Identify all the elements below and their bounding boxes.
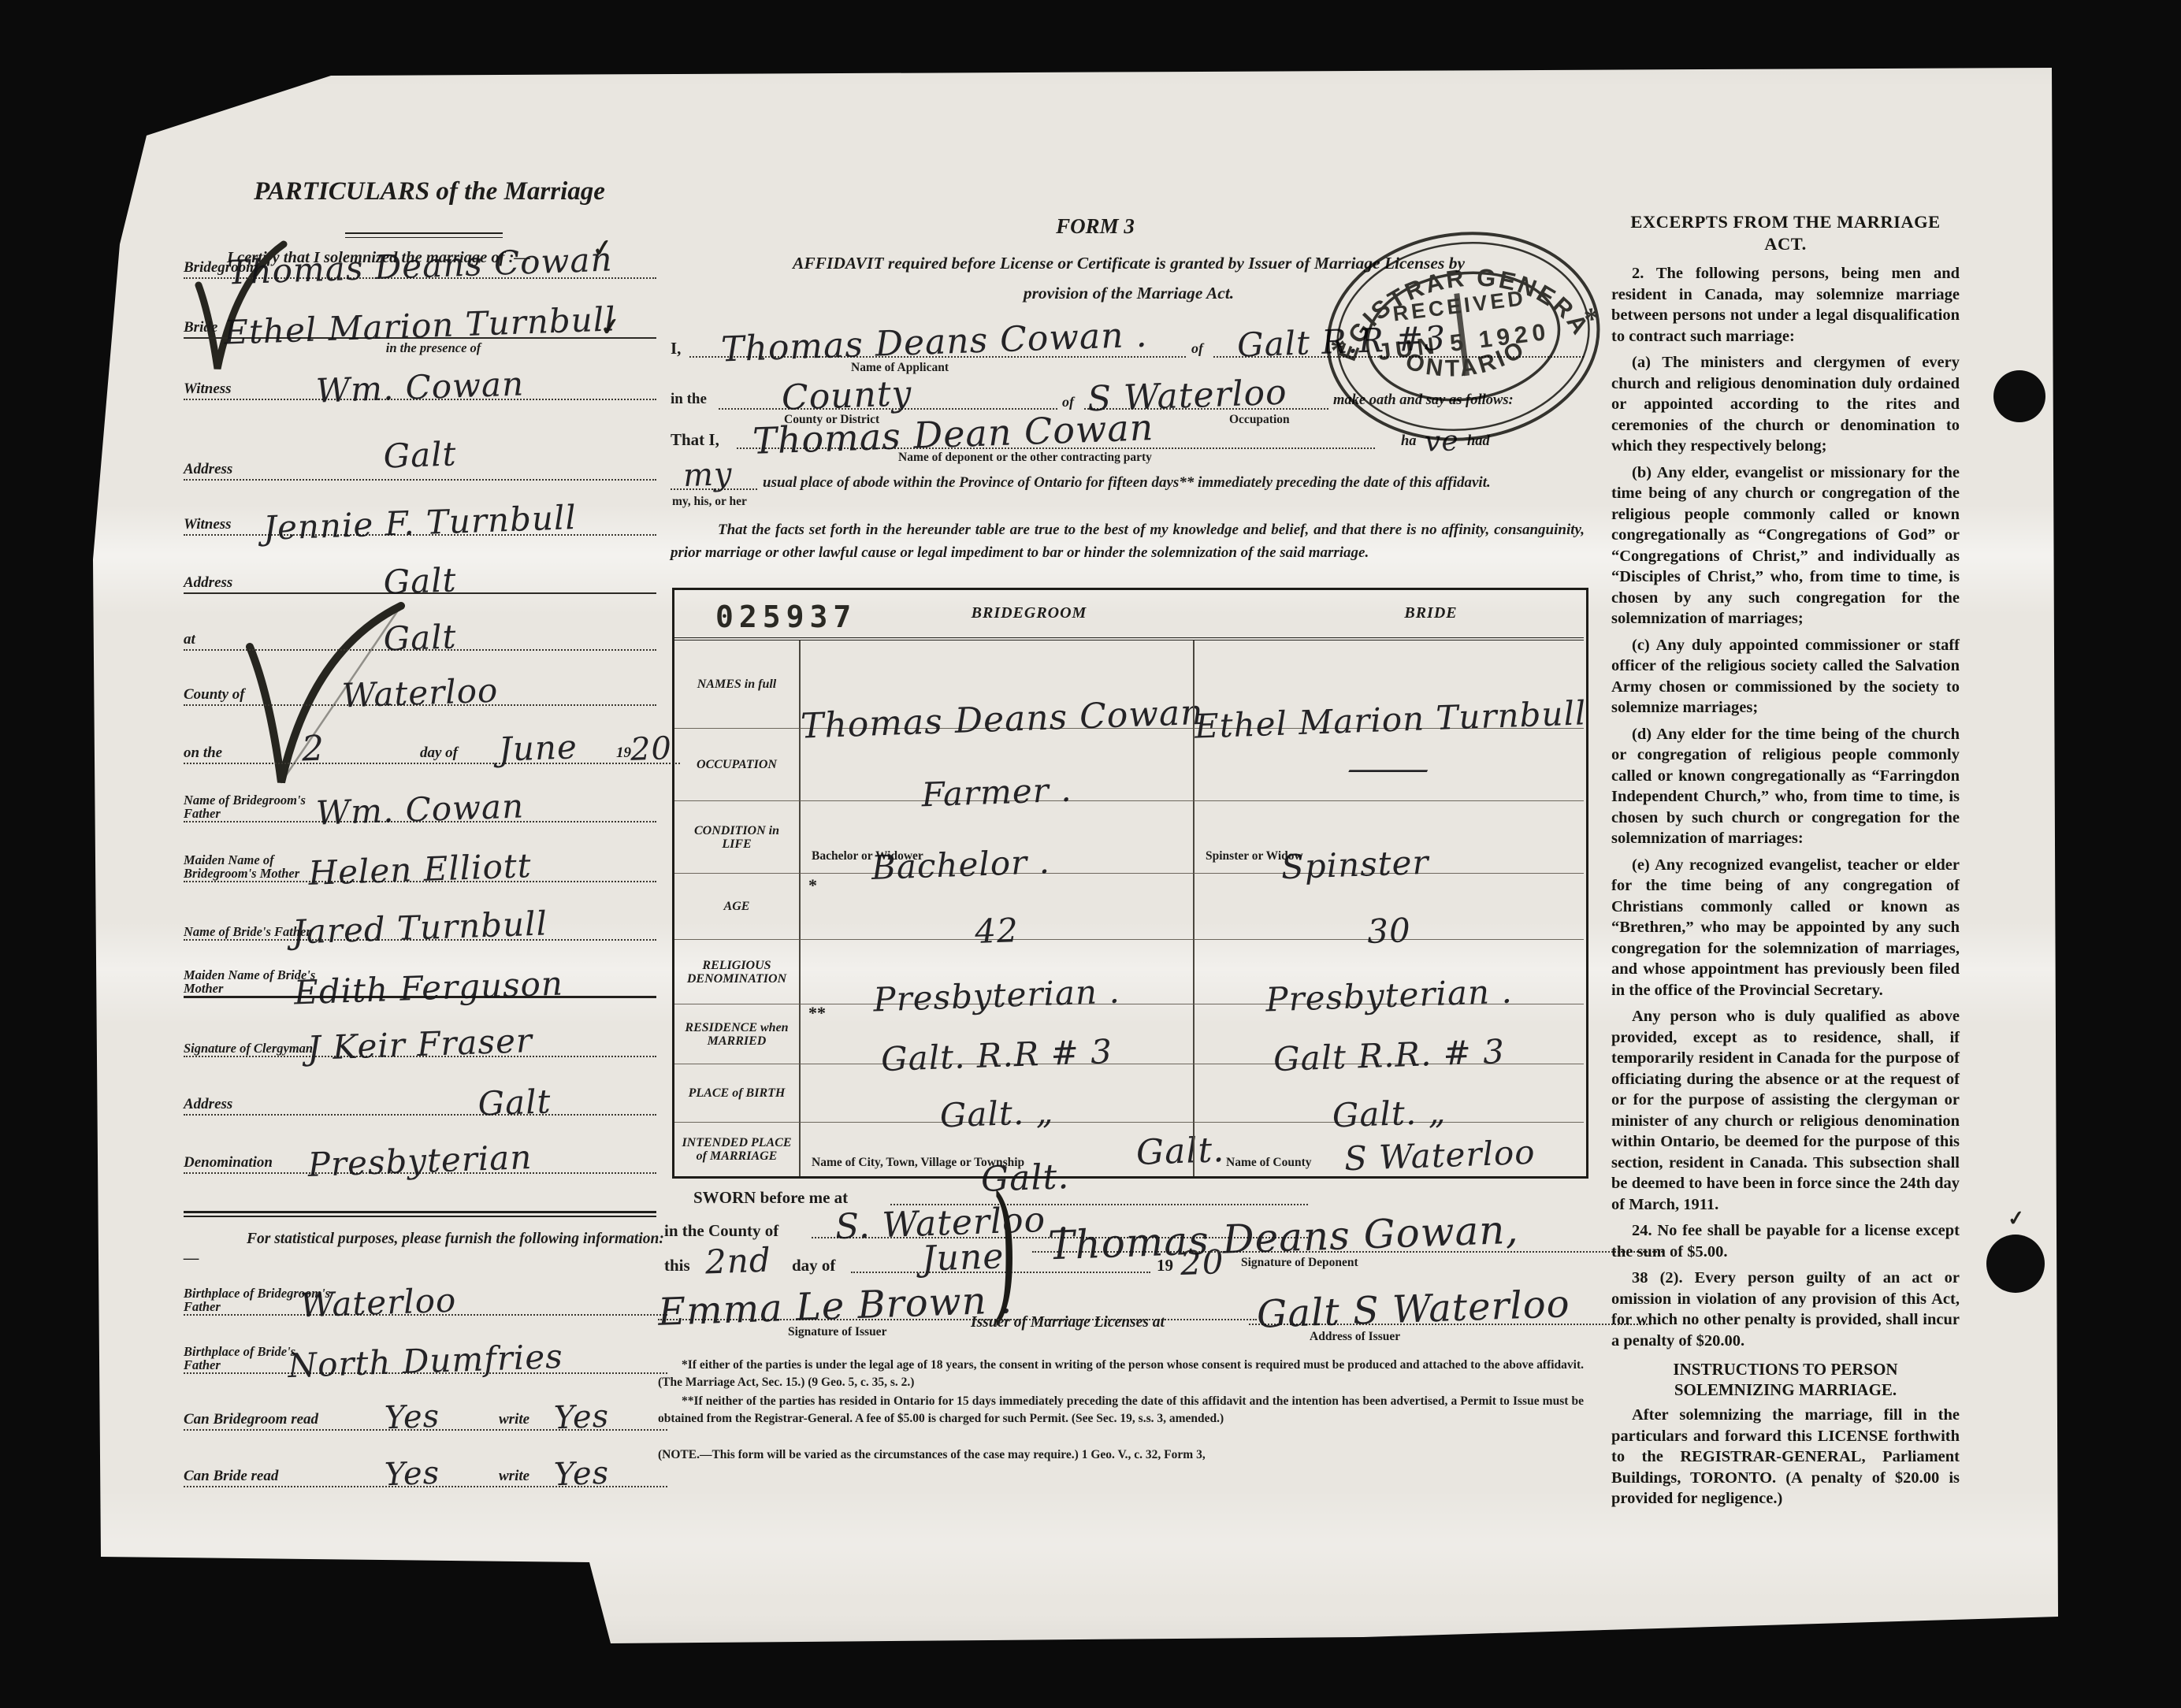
this-label: this: [664, 1256, 690, 1275]
read-value: Yes: [384, 1455, 440, 1493]
field-bridegroom: Bridegroom Thomas Deans Cowan: [184, 233, 656, 279]
serial-number: 025937: [715, 600, 856, 634]
applicant-line: Thomas Deans Cowan .: [689, 315, 1186, 358]
issuer-address-line: Galt S Waterloo: [1249, 1283, 1651, 1325]
day-value: 2: [301, 729, 325, 770]
field-groom-father: Name of Bridegroom's Father Wm. Cowan: [184, 777, 656, 822]
punch-hole: [1986, 1235, 2045, 1293]
field-label: Can Bridegroom read: [184, 1412, 318, 1427]
field-denomination: Denomination Presbyterian: [184, 1128, 656, 1174]
field-address-2: Address Galt: [184, 548, 656, 594]
affidavit-table: 025937 BRIDEGROOM BRIDE NAMES in full Th…: [672, 588, 1588, 1179]
bride-names-cell: Ethel Marion Turnbull: [1193, 640, 1584, 729]
bride-column-header: BRIDE: [1273, 604, 1588, 622]
bridegroom-column-header: BRIDEGROOM: [864, 604, 1195, 622]
facts-paragraph: That the facts set forth in the hereunde…: [671, 518, 1585, 564]
write-label: write: [499, 1412, 529, 1427]
my-handwritten: my: [682, 456, 733, 494]
row-label-age: AGE: [674, 874, 799, 940]
registrar-general-stamp: REGISTRAR GENERAL ONTARIO RECEIVED JUN 5…: [1305, 206, 1622, 468]
field-bp-groom-father: Birthplace of Bridegroom's Father Waterl…: [184, 1270, 667, 1316]
footnote-2: **If neither of the parties has resided …: [658, 1393, 1584, 1428]
groom-residence-cell: ** Galt. R.R # 3: [799, 1004, 1193, 1064]
row-label-religion: RELIGIOUS DENOMINATION: [674, 940, 799, 1004]
row-label-intended: INTENDED PLACE of MARRIAGE: [674, 1123, 799, 1176]
excerpt-paragraph: (e) Any recognized evangelist, teacher o…: [1611, 855, 1960, 1001]
field-marriage-date: on the 2 day of June 19 20: [184, 718, 680, 764]
write-value: Yes: [553, 1398, 610, 1436]
my-line: my: [671, 457, 757, 490]
sworn-county-label: in the County of: [664, 1221, 778, 1241]
stamp-left-star: *: [1328, 331, 1348, 368]
instructions-title: INSTRUCTIONS TO PERSON SOLEMNIZING MARRI…: [1611, 1359, 1960, 1400]
bride-religion-cell: Presbyterian .: [1193, 940, 1584, 1004]
checkmark-icon: ✓: [2006, 1206, 2026, 1231]
month-value: June: [498, 727, 578, 768]
day-of-label: day of: [420, 745, 458, 760]
field-value: Wm. Cowan: [183, 362, 656, 414]
field-groom-mother: Maiden Name of Bridegroom's Mother Helen…: [184, 837, 656, 882]
field-at: at Galt: [184, 605, 656, 651]
field-label: on the: [184, 745, 222, 760]
sworn-day-of-label: day of: [792, 1256, 835, 1275]
groom-names-cell: Thomas Deans Cowan: [799, 640, 1193, 729]
year-prefix: 19: [616, 745, 631, 760]
excerpt-paragraph: 2. The following persons, being men and …: [1611, 263, 1960, 347]
in-the-label: in the: [671, 391, 707, 408]
field-label: Address: [184, 1097, 232, 1112]
field-county: County of Waterloo: [184, 660, 656, 706]
of-label: of: [1191, 340, 1203, 357]
form-number: FORM 3: [977, 214, 1213, 239]
intended-county-value: S Waterloo: [1343, 1133, 1536, 1178]
asterisk-mark: *: [808, 875, 817, 896]
instructions-paragraph: After solemnizing the marriage, fill in …: [1611, 1405, 1960, 1509]
sworn-day-value: 2nd: [704, 1241, 771, 1282]
excerpts-column: EXCERPTS FROM THE MARRIAGE ACT. 2. The f…: [1611, 211, 1960, 1515]
statistical-note: For statistical purposes, please furnish…: [184, 1229, 667, 1268]
punch-hole: [1993, 370, 2045, 422]
groom-age-cell: * 42: [799, 874, 1193, 940]
field-bride: Bride Ethel Marion Turnbull: [184, 293, 656, 339]
row-label-occupation: OCCUPATION: [674, 729, 799, 801]
double-asterisk-mark: **: [808, 1003, 826, 1023]
bride-residence-cell: Galt R.R. # 3: [1193, 1004, 1584, 1064]
section-divider: [184, 1211, 656, 1217]
table-header-row: 025937 BRIDEGROOM BRIDE: [674, 590, 1584, 640]
groom-condition-cell: Bachelor or Widower Bachelor .: [799, 801, 1193, 874]
groom-birth-cell: Galt. „: [799, 1064, 1193, 1123]
excerpt-paragraph: 24. No fee shall be payable for a licens…: [1611, 1220, 1960, 1262]
field-can-bride: Can Bride read Yes write Yes: [184, 1442, 667, 1487]
particulars-title: PARTICULARS of the Marriage: [201, 177, 658, 206]
my-sub-label: my, his, or her: [672, 495, 747, 509]
scanned-marriage-affidavit-page: PARTICULARS of the Marriage I certify th…: [0, 0, 2181, 1708]
field-bp-bride-father: Birthplace of Bride's Father North Dumfr…: [184, 1328, 667, 1374]
row-label-names: NAMES in full: [674, 640, 799, 729]
field-value: Thomas Deans Cowan: [183, 241, 656, 292]
field-clergyman: Signature of Clergyman J Keir Fraser: [184, 1012, 656, 1057]
excerpt-paragraph: (d) Any elder for the time being of the …: [1611, 724, 1960, 849]
excerpt-paragraph: (c) Any duly appointed commissioner or s…: [1611, 635, 1960, 718]
i-label: I,: [671, 339, 681, 358]
stamp-right-star: *: [1582, 300, 1602, 337]
row-label-birth: PLACE of BIRTH: [674, 1064, 799, 1123]
excerpt-paragraph: Any person who is duly qualified as abov…: [1611, 1006, 1960, 1215]
issuer-signature-line: Emma Le Brown .: [658, 1278, 1257, 1320]
field-value: J Keir Fraser: [183, 1019, 656, 1071]
year-value: 20: [630, 730, 672, 768]
write-value: Yes: [553, 1455, 610, 1493]
presence-label: in the presence of: [331, 340, 536, 356]
district-line: S Waterloo: [1084, 369, 1328, 410]
field-value: Waterloo: [183, 668, 656, 719]
abode-text: usual place of abode within the Province…: [763, 474, 1491, 492]
field-value: Galt: [183, 613, 656, 664]
field-value: Galt: [183, 430, 656, 481]
bride-birth-cell: Galt. „: [1193, 1064, 1584, 1123]
field-value: Jared Turnbull: [183, 903, 656, 954]
field-bride-father: Name of Bride's Father Jared Turnbull: [184, 895, 656, 941]
deponent-line: Thomas Dean Cowan: [737, 407, 1375, 449]
field-value: Presbyterian: [183, 1136, 656, 1187]
field-address-3: Address Galt: [184, 1070, 656, 1116]
deponent-signature-sub: Signature of Deponent: [1241, 1256, 1358, 1270]
field-address-1: Address Galt: [184, 435, 656, 481]
bride-age-cell: 30: [1193, 874, 1584, 940]
row-label-condition: CONDITION in LIFE: [674, 801, 799, 874]
row-label-residence: RESIDENCE when MARRIED: [674, 1004, 799, 1064]
field-value: Galt: [183, 556, 656, 607]
issuer-signature-sub: Signature of Issuer: [788, 1325, 886, 1339]
issuer-address-sub: Address of Issuer: [1310, 1330, 1400, 1344]
excerpts-title: EXCERPTS FROM THE MARRIAGE ACT.: [1611, 211, 1960, 255]
deponent-signature-line: Thomas Deans Gowan,: [1032, 1207, 1663, 1253]
field-value: Jennie F. Turnbull: [183, 498, 656, 549]
groom-religion-cell: Presbyterian .: [799, 940, 1193, 1004]
excerpt-paragraph: (a) The ministers and clergymen of every…: [1611, 352, 1960, 457]
field-can-bridegroom: Can Bridegroom read Yes write Yes: [184, 1385, 667, 1431]
field-witness-1: Witness Wm. Cowan: [184, 355, 656, 400]
field-label: Can Bride read: [184, 1469, 278, 1483]
field-witness-2: Witness Jennie F. Turnbull: [184, 490, 656, 536]
excerpt-paragraph: (b) Any elder, evangelist or missionary …: [1611, 462, 1960, 629]
bride-condition-cell: Spinster or Widow Spinster: [1193, 801, 1584, 874]
issuer-address: Galt S Waterloo: [1256, 1282, 1570, 1337]
that-i-label: That I,: [671, 430, 719, 450]
issuer-at-label: Issuer of Marriage Licenses at: [971, 1314, 1165, 1331]
write-label: write: [499, 1469, 529, 1483]
footnote-1: *If either of the parties is under the l…: [658, 1357, 1584, 1391]
county-line: County: [719, 369, 1057, 410]
bride-occupation-cell: —: [1193, 729, 1584, 801]
read-value: Yes: [384, 1398, 440, 1436]
field-bride-mother: Maiden Name of Bride's Mother Edith Ferg…: [184, 952, 656, 998]
deponent-sub-label: Name of deponent or the other contractin…: [898, 451, 1152, 465]
footnote-note: (NOTE.—This form will be varied as the c…: [658, 1446, 1584, 1464]
excerpt-paragraph: 38 (2). Every person guilty of an act or…: [1611, 1268, 1960, 1351]
